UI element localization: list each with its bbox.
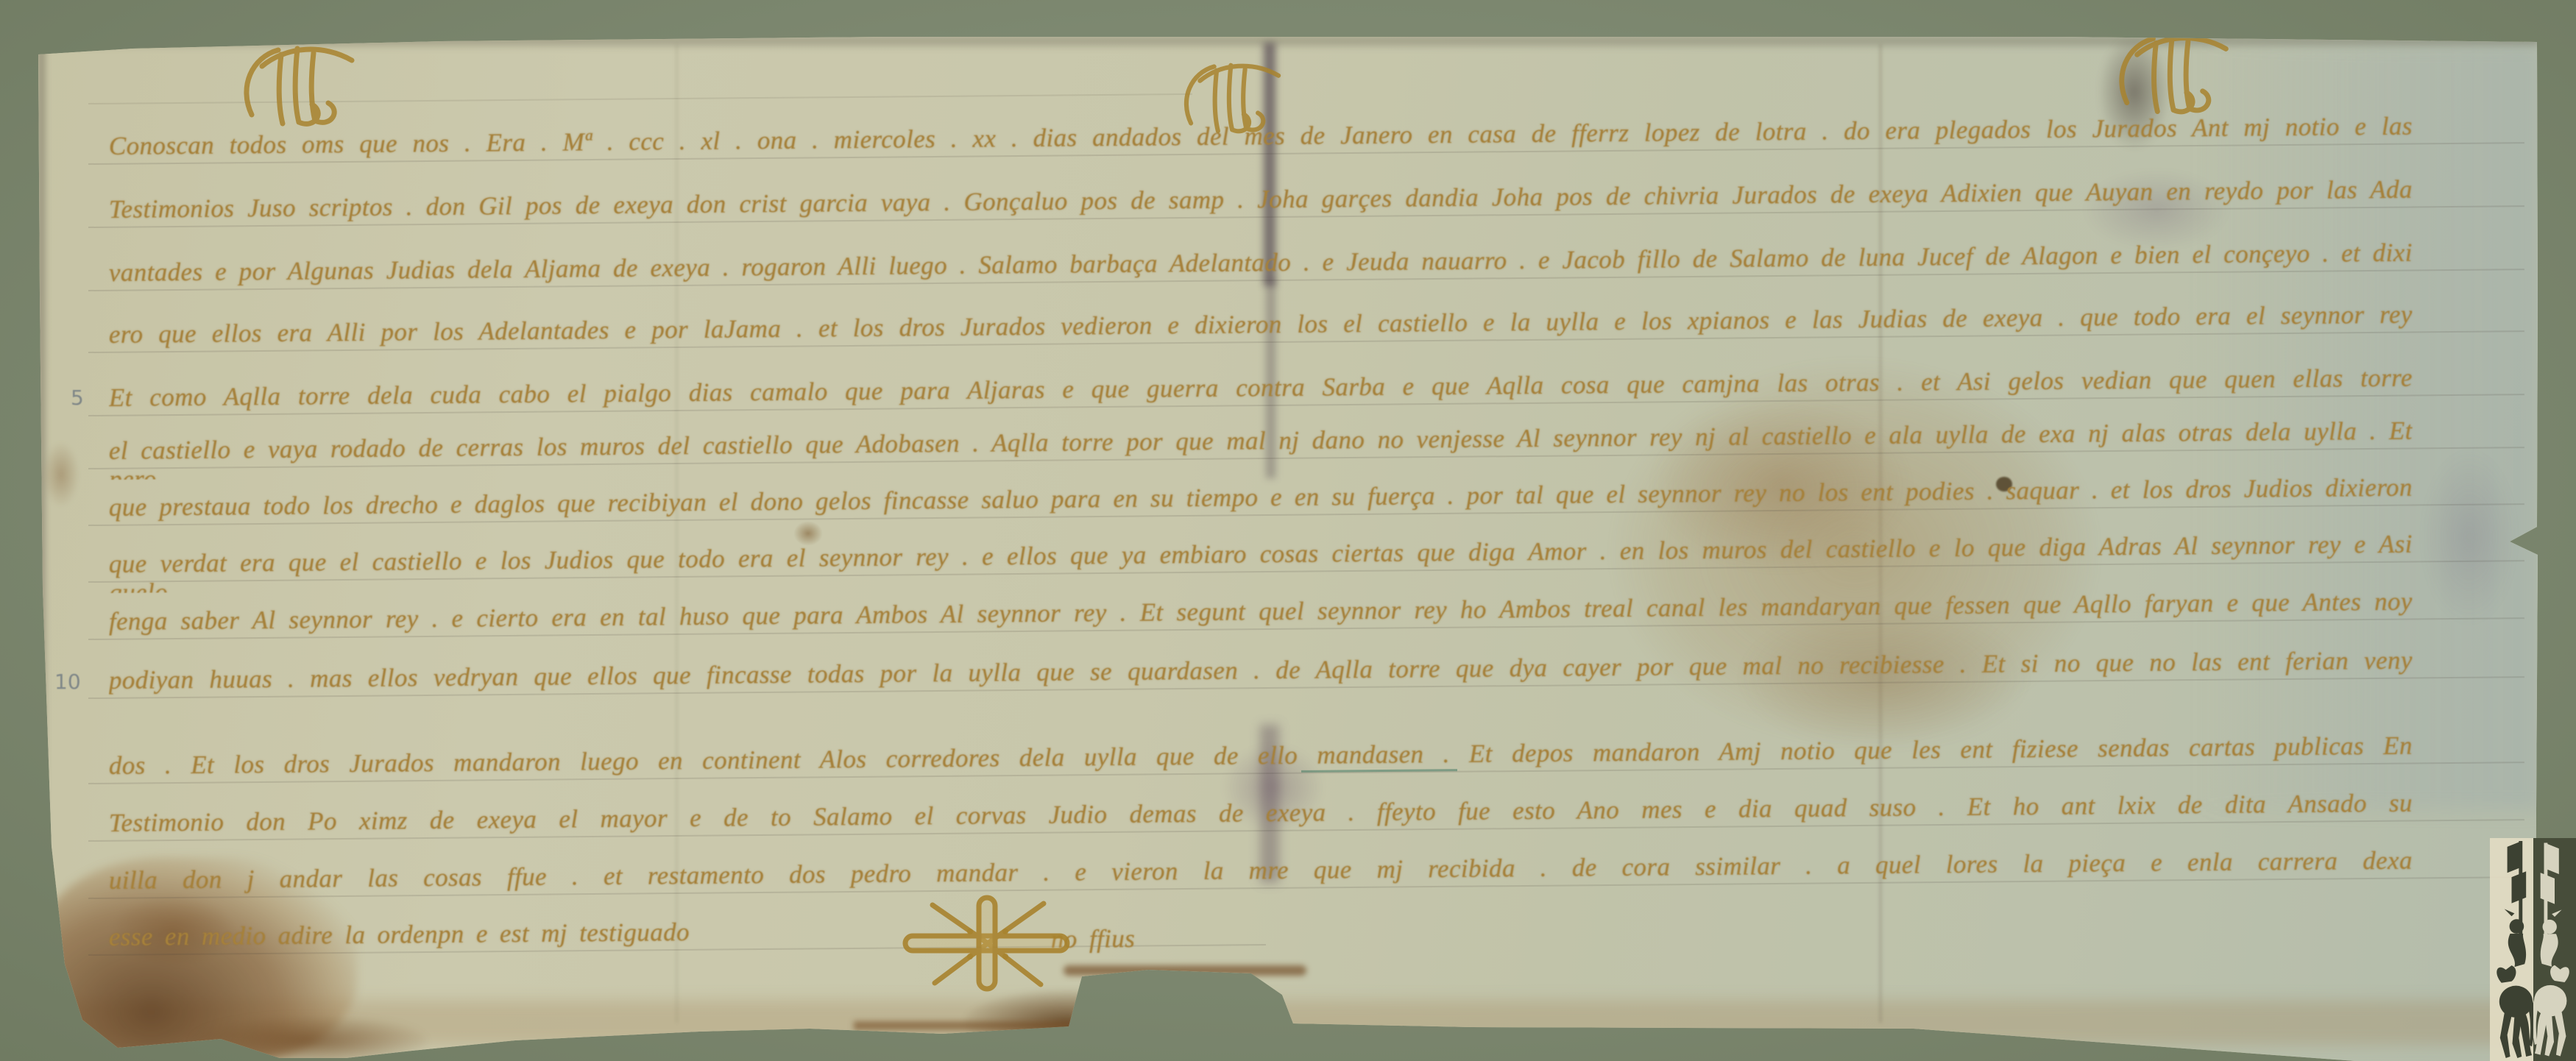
manuscript-line-14-tail: no ffius: [1051, 923, 1287, 968]
knight-watermark-light-icon: [2533, 838, 2576, 1061]
manuscript-line-8: que verdat era que el castiello e los Ju…: [109, 530, 2413, 593]
left-edge-shadow: [37, 44, 46, 1023]
parchment-sheet: 5 10 Conoscan todos oms que nos . Era . …: [0, 0, 2576, 1061]
archive-photo: 5 10 Conoscan todos oms que nos . Era . …: [0, 0, 2576, 1061]
manuscript-line-7: que prestaua todo los drecho e daglos qu…: [109, 474, 2413, 536]
notarial-flourish-right: [2111, 28, 2249, 125]
watermark-panel-light: [2490, 838, 2533, 1061]
manuscript-line-5: Et como Aqlla torre dela cuda cabo el pi…: [109, 364, 2413, 427]
burn-bottom-rim-left: [854, 1021, 1089, 1030]
manuscript-line-4: ero que ellos era Alli por los Adelantad…: [109, 301, 2413, 363]
bottom-edge-tan: [59, 1001, 2517, 1045]
manuscript-line-12: Testimonio don Po ximz de exeya el mayor…: [109, 789, 2413, 852]
manuscript-line-13: uilla don j andar las cosas ffue . et re…: [109, 847, 2413, 909]
notarial-star-signum: [899, 892, 1073, 993]
stain-purple-right-edge: [2421, 449, 2517, 625]
manuscript-line-11: dos . Et los dros Jurados mandaron luego…: [109, 732, 2413, 795]
margin-number-5: 5: [71, 386, 84, 410]
manuscript-line-2: Testimonios Juso scriptos . don Gil pos …: [109, 176, 2413, 238]
manuscript-line-9: fenga saber Al seynnor rey . e cierto er…: [109, 588, 2413, 650]
manuscript-line-10: podiyan huuas . mas ellos vedryan que el…: [109, 647, 2413, 709]
knight-watermark-dark-icon: [2490, 838, 2533, 1061]
stain-left-edge-spot: [43, 441, 79, 508]
burn-bottom-left-rim: [191, 1015, 427, 1061]
watermark-panel-dark: [2533, 838, 2576, 1061]
burn-bottom-center: [964, 990, 1170, 1056]
manuscript-line-14: esse en medio adire la ordenpn e est mj …: [109, 917, 889, 966]
manuscript-line-1: Conoscan todos oms que nos . Era . Mª . …: [109, 113, 2413, 175]
notarial-flourish-left: [236, 41, 375, 135]
manuscript-line-6: el castiello e vaya rodado de cerras los…: [109, 417, 2413, 480]
manuscript-line-3: vantades e por Algunas Judias dela Aljam…: [109, 239, 2413, 302]
margin-number-10: 10: [54, 670, 81, 694]
